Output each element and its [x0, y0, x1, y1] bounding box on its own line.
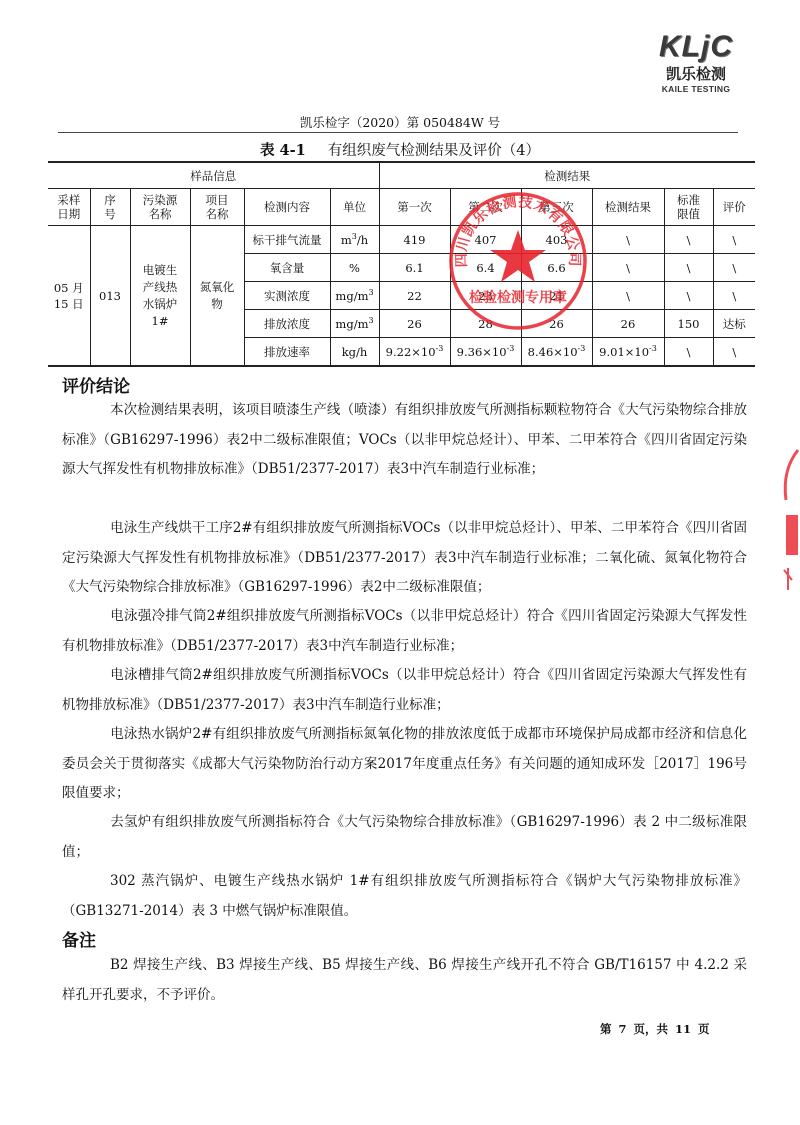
conclusion-paragraph: 去氢炉有组织排放废气所测指标符合《大气污染物综合排放标准》（GB16297-19…	[62, 808, 747, 867]
cell-result: \	[592, 226, 664, 254]
cell-third: 26	[521, 310, 592, 338]
cell-limit: \	[664, 338, 713, 367]
cell-unit: %	[330, 254, 379, 282]
cell-content: 氧含量	[244, 254, 330, 282]
cell-limit: \	[664, 282, 713, 310]
report-number: 凯乐检字（2020）第 050484W 号	[0, 113, 800, 131]
group-header-sample-info: 样品信息	[48, 162, 379, 189]
cell-first: 419	[379, 226, 450, 254]
cell-second: 23	[450, 282, 521, 310]
cell-second: 28	[450, 310, 521, 338]
conclusion-heading: 评价结论	[62, 372, 130, 397]
company-logo: KLjC 凯乐检测 KAILE TESTING	[646, 30, 746, 94]
cell-unit: kg/h	[330, 338, 379, 367]
cell-content: 排放浓度	[244, 310, 330, 338]
cell-evaluation: \	[713, 226, 755, 254]
cell-limit: \	[664, 226, 713, 254]
conclusion-paragraph: 电泳强冷排气筒2#组织排放废气所测指标VOCs（以非甲烷总烃计）符合《四川省固定…	[62, 602, 747, 661]
cell-unit: mg/m3	[330, 310, 379, 338]
col-header-second: 第二次	[450, 189, 521, 226]
logo-name-en: KAILE TESTING	[646, 84, 746, 94]
cell-first: 22	[379, 282, 450, 310]
cell-result: 26	[592, 310, 664, 338]
col-header-limit: 标准限值	[664, 189, 713, 226]
cell-item-name: 氮氧化物	[190, 226, 244, 367]
conclusion-paragraph: 本次检测结果表明，该项目喷漆生产线（喷漆）有组织排放废气所测指标颗粒物符合《大气…	[62, 396, 747, 485]
conclusion-paragraph: 302 蒸汽锅炉、电镀生产线热水锅炉 1#有组织排放废气所测指标符合《锅炉大气污…	[62, 867, 747, 926]
cell-first: 9.22×10-3	[379, 338, 450, 367]
table-number: 表 4-1	[260, 142, 306, 159]
col-header-date: 采样日期	[48, 189, 90, 226]
col-header-third: 第三次	[521, 189, 592, 226]
col-header-unit: 单位	[330, 189, 379, 226]
col-header-first: 第一次	[379, 189, 450, 226]
cell-unit: m3/h	[330, 226, 379, 254]
cell-content: 标干排气流量	[244, 226, 330, 254]
cell-third: 403	[521, 226, 592, 254]
logo-name-cn: 凯乐检测	[646, 64, 746, 84]
remarks-heading: 备注	[62, 926, 96, 951]
table-row: 05 月15 日 013 电镀生产线热水锅炉1# 氮氧化物 标干排气流量 m3/…	[48, 226, 755, 254]
cross-page-seal-fragment	[778, 440, 800, 610]
cell-first: 26	[379, 310, 450, 338]
cell-result: 9.01×10-3	[592, 338, 664, 367]
cell-evaluation: 达标	[713, 310, 755, 338]
col-header-result: 检测结果	[592, 189, 664, 226]
table-column-header-row: 采样日期 序号 污染源名称 项目名称 检测内容 单位 第一次 第二次 第三次 检…	[48, 189, 755, 226]
cell-second: 9.36×10-3	[450, 338, 521, 367]
cell-content: 实测浓度	[244, 282, 330, 310]
group-header-test-results: 检测结果	[379, 162, 755, 189]
cell-second: 407	[450, 226, 521, 254]
cell-third: 8.46×10-3	[521, 338, 592, 367]
cell-third: 6.6	[521, 254, 592, 282]
col-header-content: 检测内容	[244, 189, 330, 226]
cell-limit: 150	[664, 310, 713, 338]
results-table: 样品信息 检测结果 采样日期 序号 污染源名称 项目名称 检测内容 单位 第一次…	[48, 161, 755, 367]
cell-sample-date: 05 月15 日	[48, 226, 90, 367]
col-header-item: 项目名称	[190, 189, 244, 226]
col-header-source: 污染源名称	[130, 189, 190, 226]
table-title-text: 有组织废气检测结果及评价（4）	[328, 143, 540, 159]
remarks-paragraph: B2 焊接生产线、B3 焊接生产线、B5 焊接生产线、B6 焊接生产线开孔不符合…	[62, 951, 747, 1010]
conclusion-paragraph: 电泳槽排气筒2#组织排放废气所测指标VOCs（以非甲烷总烃计）符合《四川省固定污…	[62, 661, 747, 720]
table-group-header-row: 样品信息 检测结果	[48, 162, 755, 189]
col-header-evaluation: 评价	[713, 189, 755, 226]
conclusion-paragraph: 电泳生产线烘干工序2#有组织排放废气所测指标VOCs（以非甲烷总烃计）、甲苯、二…	[62, 514, 747, 603]
cell-sample-seq: 013	[90, 226, 130, 367]
cell-third: 21	[521, 282, 592, 310]
table-title: 表 4-1有组织废气检测结果及评价（4）	[0, 139, 800, 160]
logo-mark: KLjC	[646, 30, 746, 64]
cell-unit: mg/m3	[330, 282, 379, 310]
header-divider	[58, 132, 738, 133]
page-number: 第 7 页，共 11 页	[600, 1021, 710, 1037]
cell-source-name: 电镀生产线热水锅炉1#	[130, 226, 190, 367]
cell-evaluation: \	[713, 254, 755, 282]
cell-second: 6.4	[450, 254, 521, 282]
cell-first: 6.1	[379, 254, 450, 282]
cell-result: \	[592, 254, 664, 282]
cell-result: \	[592, 282, 664, 310]
col-header-seq: 序号	[90, 189, 130, 226]
conclusion-paragraph: 电泳热水锅炉2#有组织排放废气所测指标氮氧化物的排放浓度低于成都市环境保护局成都…	[62, 720, 747, 809]
cell-limit: \	[664, 254, 713, 282]
cell-content: 排放速率	[244, 338, 330, 367]
cell-evaluation: \	[713, 282, 755, 310]
cell-evaluation: \	[713, 338, 755, 367]
